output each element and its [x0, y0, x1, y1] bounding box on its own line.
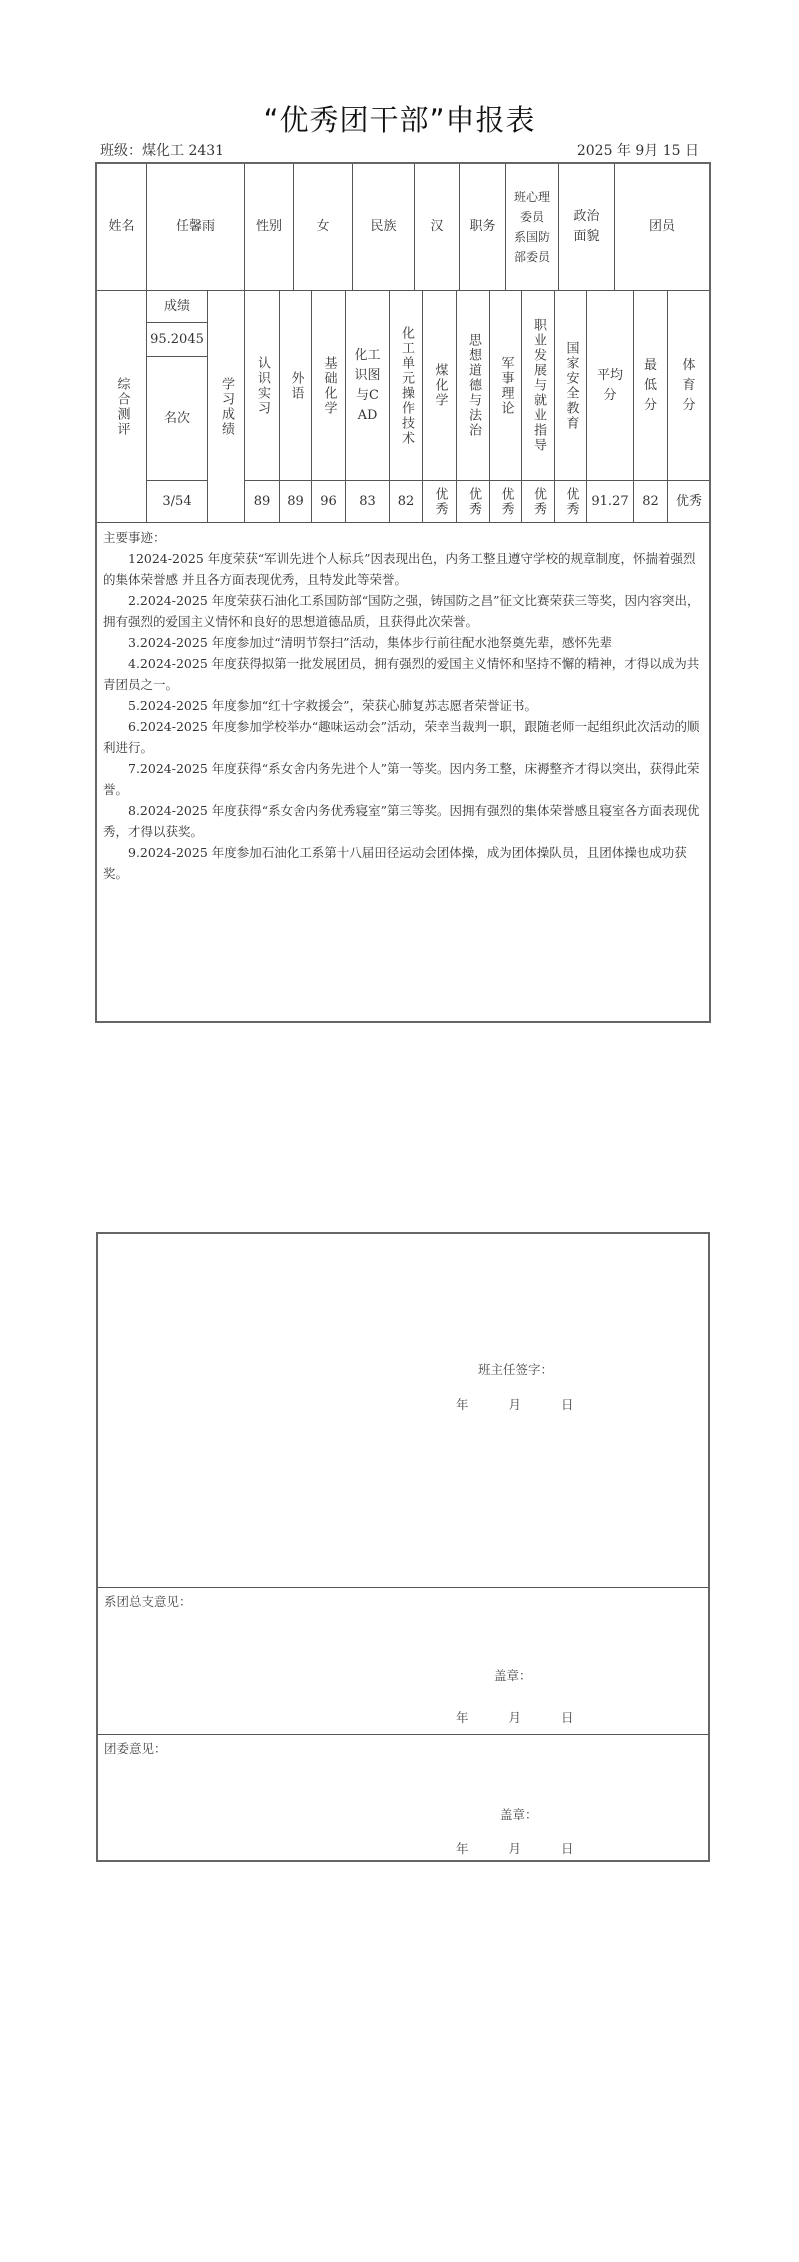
- month-label: 月: [509, 1395, 522, 1413]
- year-label: 年: [456, 1395, 469, 1413]
- date-label: 2025 年 9月 15 日: [577, 140, 699, 160]
- committee-section: 团委意见： 盖章： 年 月 日: [98, 1735, 708, 1860]
- approval-box: 班主任签字： 年 月 日 系团总支意见： 盖章： 年 月 日 团委意见： 盖章：…: [96, 1232, 710, 1862]
- month-label: 月: [509, 1708, 522, 1726]
- year-label: 年: [456, 1839, 469, 1857]
- day-label: 日: [561, 1708, 574, 1726]
- branch-section: 系团总支意见： 盖章： 年 月 日: [98, 1588, 708, 1735]
- form-border: [95, 162, 711, 1023]
- branch-label: 系团总支意见：: [104, 1592, 192, 1610]
- page-title: “优秀团干部”申报表: [0, 98, 799, 139]
- day-label: 日: [561, 1839, 574, 1857]
- committee-stamp-label: 盖章：: [500, 1805, 538, 1823]
- day-label: 日: [561, 1395, 574, 1413]
- branch-date: 年 月 日: [456, 1708, 574, 1726]
- class-label: 班级：煤化工 2431: [100, 140, 224, 160]
- month-label: 月: [509, 1839, 522, 1857]
- teacher-section: 班主任签字： 年 月 日: [98, 1234, 708, 1588]
- teacher-sign-label: 班主任签字：: [478, 1360, 553, 1378]
- committee-date: 年 月 日: [456, 1839, 574, 1857]
- branch-stamp-label: 盖章：: [494, 1666, 532, 1684]
- year-label: 年: [456, 1708, 469, 1726]
- committee-label: 团委意见：: [104, 1739, 167, 1757]
- teacher-date: 年 月 日: [456, 1395, 574, 1413]
